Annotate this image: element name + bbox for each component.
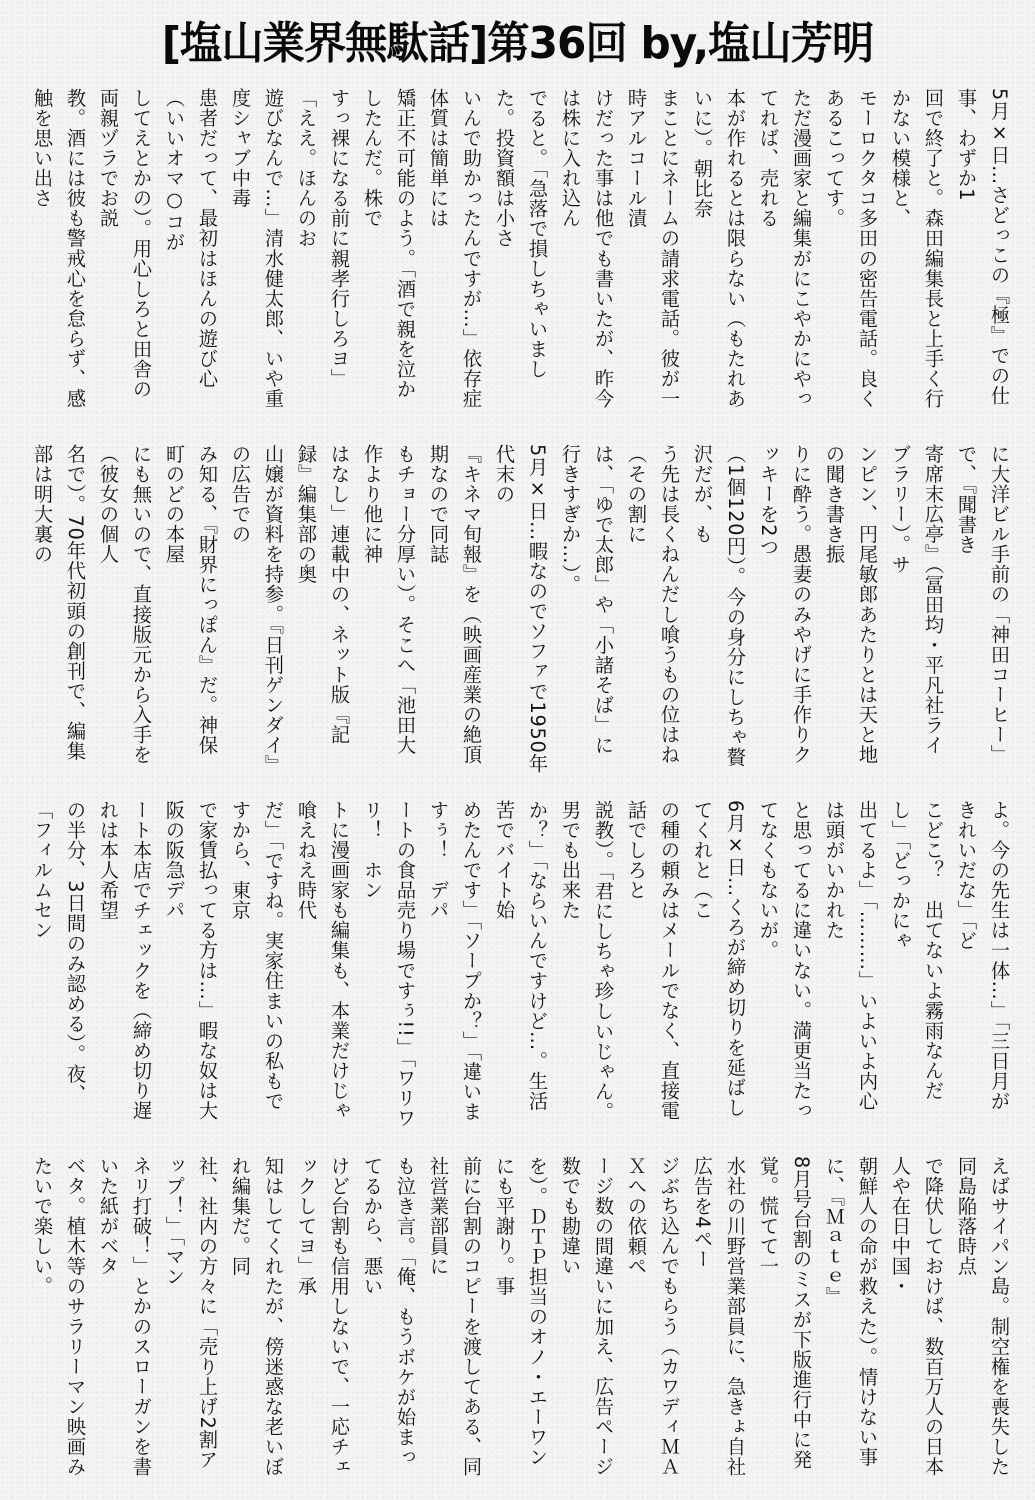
text-column: はなし」連載中の、ネット版『記録』編集部の奥: [290, 444, 356, 774]
text-column: ただ漫画家と編集がにこやかにやってれば、売れる: [752, 88, 818, 418]
text-column: ネリ打破！」とかのスローガンを書いた紙がベタ: [92, 1156, 158, 1486]
text-tier-1: 5月×日…さどっこの『極』での仕事、わずか1回で終了と。森田編集長と上手く行かな…: [26, 88, 1016, 418]
text-column: 矯正不可能のよう。「酒で親を泣かしたんだ。株で: [356, 88, 422, 418]
text-column: してえとかの）。用心しろと田舎の両親ヅラでお説: [92, 88, 158, 418]
text-column: で降伏しておけば、数百万人の日本人や在日中国・: [884, 1156, 950, 1486]
text-column: こどこ？ 出てないよ霧雨なんだし」「どっかにゃ: [884, 800, 950, 1130]
text-column: 水社の川野営業部員に、急きょ自社広告を4ペー: [686, 1156, 752, 1486]
text-column: ジぶち込んでもらう（カワディＭＡＸへの依頼ペ: [620, 1156, 686, 1486]
text-column: 5月×日…暇なのでソファで1950年代末の: [488, 444, 554, 774]
text-column: けだった事は他でも書いたが、昨今は株に入れ込ん: [554, 88, 620, 418]
text-column: 前に台割のコピーを渡してある、同社営業部員に: [422, 1156, 488, 1486]
text-column: 寄席末広亭』（冨田均・平凡社ライブラリー）。サ: [884, 444, 950, 774]
text-column: めたんです」「ソープか？」「違いますぅ！ デパ: [422, 800, 488, 1130]
text-column: 遊びなんで…」清水健太郎、いや重度シャブ中毒: [224, 88, 290, 418]
text-column: すっ裸になる前に親孝行しろヨ」「ええ。ほんのお: [290, 88, 356, 418]
text-column: いんで助かったんですが…」依存症体質は簡単には: [422, 88, 488, 418]
text-column: ベタ。植木等のサラリーマン映画みたいで楽しい。: [26, 1156, 92, 1486]
text-column: まことにネームの請求電話。彼が一時アルコール漬: [620, 88, 686, 418]
text-column: う先は長くねんだし喰うもの位はね（その割に: [620, 444, 686, 774]
text-column: で家賃払ってる方は…」暇な奴は大阪の阪急デパ: [158, 800, 224, 1130]
text-column: 知はしてくれたが、傍迷惑な老いぼれ編集だ。同: [224, 1156, 290, 1486]
text-column: （1個120円）。今の身分にしちゃ贅沢だが、も: [686, 444, 752, 774]
text-column: よ。今の先生は一体…」「三日月がきれいだな」「ど: [950, 800, 1016, 1130]
text-column: ンピン、円尾敏郎あたりとは天と地の聞き書き振: [818, 444, 884, 774]
text-column: 8月号台割のミスが下版進行中に発覚。慌てて一: [752, 1156, 818, 1486]
text-column: 回で終了と。森田編集長と上手く行かない模様と、: [884, 88, 950, 418]
text-column: けど台割も信用しないで、一応チェックしてヨ」承: [290, 1156, 356, 1486]
text-column: トに漫画家も編集も、本業だけじゃ喰えねえ時代: [290, 800, 356, 1130]
text-column: 山嬢が資料を持参。『日刊ゲンダイ』の広告での: [224, 444, 290, 774]
text-column: か？」「ならいんですけど…。生活苦でバイト始: [488, 800, 554, 1130]
text-column: 教。酒には彼も警戒心を怠らず、感触を思い出さ: [26, 88, 92, 418]
text-column: 患者だって、最初はほんの遊び心（いいオマ○コが: [158, 88, 224, 418]
text-column: でると。「急落で損しちゃいました。投資額は小さ: [488, 88, 554, 418]
text-column: み知る、『財界にっぽん』だ。神保町のどの本屋: [158, 444, 224, 774]
text-column: 出てるよ」「………」いよいよ内心は頭がいかれた: [818, 800, 884, 1130]
text-column: ートの食品売り場ですぅ!!」「ワリワリ！ ホン: [356, 800, 422, 1130]
text-column: 5月×日…さどっこの『極』での仕事、わずか1: [950, 88, 1016, 418]
text-column: 社、社内の方々に「売り上げ2割アップ！」「マン: [158, 1156, 224, 1486]
text-column: モーロクタコ多田の密告電話。良くあるこってす。: [818, 88, 884, 418]
text-column: 説教）。「君にしちゃ珍しいじゃん。男でも出来た: [554, 800, 620, 1130]
text-column: にも無いので、直接版元から入手を（彼女の個人: [92, 444, 158, 774]
text-column: 名で）。70年代初頭の創刊で、編集部は明大裏の: [26, 444, 92, 774]
text-column: 6月×日…くろが締め切りを延ばしてくれと（こ: [686, 800, 752, 1130]
text-column: ージ数の間違いに加え、広告ページ数でも勘違い: [554, 1156, 620, 1486]
text-column: だ」「ですね。実家住まいの私もですから、東京: [224, 800, 290, 1130]
text-tier-4: えばサイパン島。制空権を喪失した同島陥落時点で降伏しておけば、数百万人の日本人や…: [26, 1156, 1016, 1486]
text-column: えばサイパン島。制空権を喪失した同島陥落時点: [950, 1156, 1016, 1486]
text-column: の半分、3日間のみ認める）。夜、「フィルムセン: [26, 800, 92, 1130]
text-column: 朝鮮人の命が救えた）。情けない事に、『Ｍａｔｅ』: [818, 1156, 884, 1486]
text-column: 本が作れるとは限らない（もたれあいに）。朝比奈: [686, 88, 752, 418]
text-column: も泣き言。「俺、もうボケが始まってるから、悪い: [356, 1156, 422, 1486]
text-column: りに酔う。愚妻のみやげに手作りクッキーを2つ: [752, 444, 818, 774]
text-column: の種の頼みはメールでなく、直接電話でしろと: [620, 800, 686, 1130]
text-tier-3: よ。今の先生は一体…」「三日月がきれいだな」「どこどこ？ 出てないよ霧雨なんだし…: [26, 800, 1016, 1130]
text-column: に大洋ビル手前の「神田コーヒー」で、『聞書き: [950, 444, 1016, 774]
text-tier-2: に大洋ビル手前の「神田コーヒー」で、『聞書き寄席末広亭』（冨田均・平凡社ライブラ…: [26, 444, 1016, 774]
article-title: [塩山業界無駄話]第36回 by,塩山芳明: [21, 14, 1015, 74]
text-column: は、「ゆで太郎」や「小諸そば」に行きすぎか…）。: [554, 444, 620, 774]
text-column: 『キネマ旬報』を（映画産業の絶頂期なので同誌: [422, 444, 488, 774]
text-column: を）。ＤＴＰ担当のオノ・エーワンにも平謝り。事: [488, 1156, 554, 1486]
text-column: もチョー分厚い）。そこへ「池田大作より他に神: [356, 444, 422, 774]
text-column: と思ってるに違いない。満更当たってなくもないが。: [752, 800, 818, 1130]
text-column: ート本店でチェックを（締め切り遅れは本人希望: [92, 800, 158, 1130]
